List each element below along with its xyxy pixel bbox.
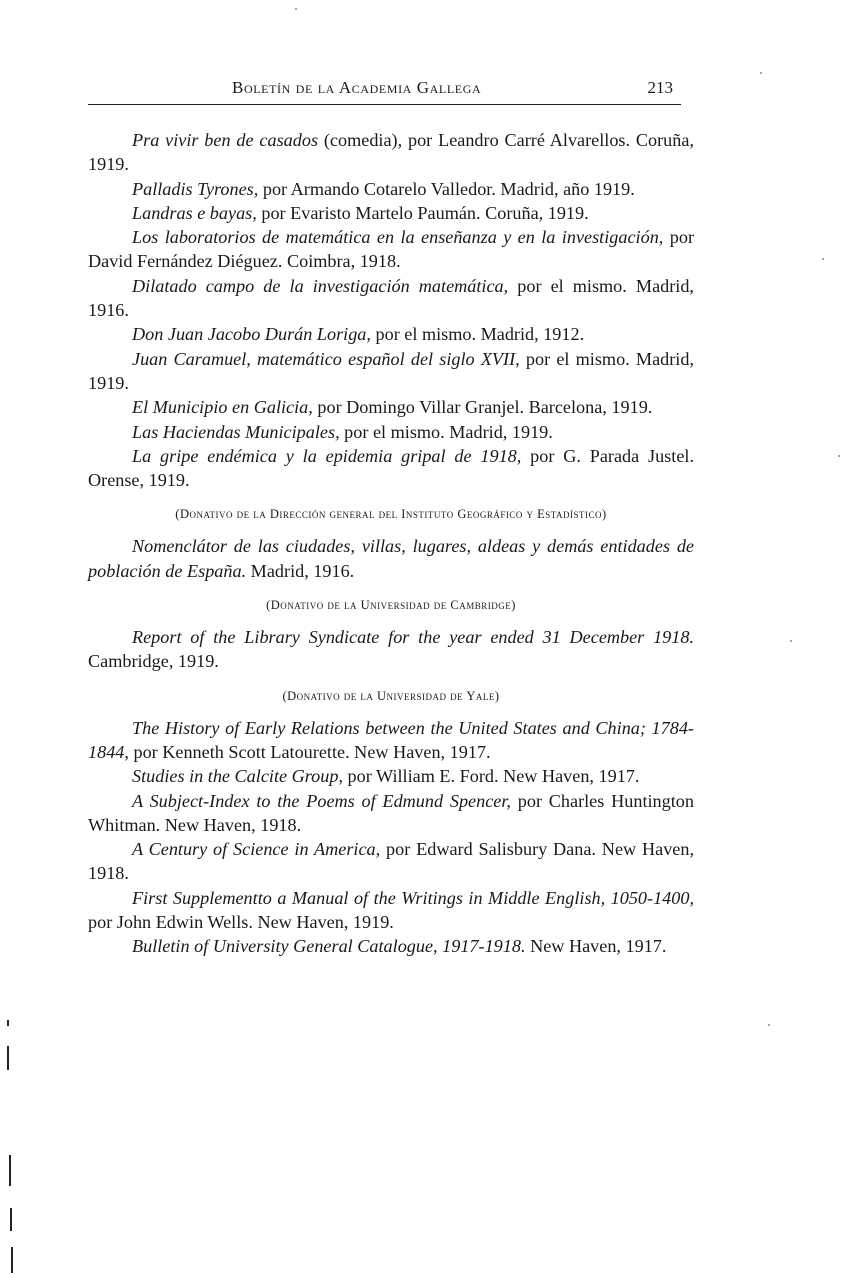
bibliography-entry: A Century of Science in America, por Edw… — [88, 837, 694, 886]
bibliography-entry: Palladis Tyrones, por Armando Cotarelo V… — [88, 177, 694, 201]
scanned-page: Boletín de la Academia Gallega 213 Pra v… — [0, 0, 850, 1275]
entry-title: Report of the Library Syndicate for the … — [132, 627, 694, 647]
entry-title: Pra vivir ben de casados — [132, 130, 318, 150]
entry-details: por John Edwin Wells. New Haven, 1919. — [88, 912, 394, 932]
donation-heading-yale: (Donativo de la Universidad de Yale) — [88, 688, 694, 704]
entry-title: Don Juan Jacobo Durán Loriga, — [132, 324, 371, 344]
body-text: Pra vivir ben de casados (comedia), por … — [88, 128, 694, 959]
entry-details: por Domingo Villar Granjel. Barce­lona, … — [313, 397, 653, 417]
bibliography-entry: Studies in the Calcite Group, por Willia… — [88, 764, 694, 788]
bibliography-entry: Bulletin of University General Catalogue… — [88, 934, 694, 958]
bibliography-entry: Nomenclátor de las ciudades, villas, lug… — [88, 534, 694, 583]
entry-title: Las Haciendas Municipales, — [132, 422, 340, 442]
entry-title: Bulletin of University General Catalogue… — [132, 936, 526, 956]
scan-speck — [822, 258, 824, 260]
entry-details: por Evaristo Martelo Paumán. Coruña, 191… — [257, 203, 589, 223]
scan-margin-mark — [9, 1155, 11, 1186]
bibliography-entry: Landras e bayas, por Evaristo Martelo Pa… — [88, 201, 694, 225]
entry-details: por Kenneth Scott Latourette. New Haven,… — [129, 742, 491, 762]
bibliography-entry: A Subject-Index to the Poems of Edmund S… — [88, 789, 694, 838]
entry-title: Dilatado campo de la investigación matem… — [132, 276, 508, 296]
donation-heading-cambridge: (Donativo de la Universidad de Cambridge… — [88, 597, 694, 613]
bibliography-entry: Juan Caramuel, matemático español del si… — [88, 347, 694, 396]
entry-details: por William E. Ford. New Haven, 1917. — [343, 766, 639, 786]
bibliography-entry: First Supplementto a Manual of the Writi… — [88, 886, 694, 935]
bibliography-entry: The History of Early Relations between t… — [88, 716, 694, 765]
scan-speck — [295, 8, 297, 10]
entry-title: La gripe endémica y la epidemia gripal d… — [132, 446, 521, 466]
entry-title: First Supplementto a Manual of the Writi… — [132, 888, 694, 908]
scan-speck — [768, 1024, 770, 1026]
bibliography-entry: Pra vivir ben de casados (comedia), por … — [88, 128, 694, 177]
entry-title: Landras e bayas, — [132, 203, 257, 223]
scan-speck — [790, 640, 792, 642]
bibliography-entry: Los laboratorios de matemática en la ens… — [88, 225, 694, 274]
bibliography-entry: Report of the Library Syndicate for the … — [88, 625, 694, 674]
running-head: Boletín de la Academia Gallega 213 — [88, 74, 681, 102]
scan-margin-mark — [10, 1208, 12, 1231]
entry-title: El Municipio en Galicia, — [132, 397, 313, 417]
scan-speck — [838, 455, 840, 457]
entry-title: Nomenclátor de las ciudades, villas, lug… — [88, 536, 694, 580]
donation-heading-instituto-geografico: (Donativo de la Dirección general del In… — [88, 506, 694, 522]
running-title: Boletín de la Academia Gallega — [232, 78, 481, 98]
scan-margin-mark — [11, 1247, 13, 1273]
entry-title: A Century of Science in America, — [132, 839, 380, 859]
scan-speck — [760, 72, 762, 74]
entry-title: Studies in the Calcite Group, — [132, 766, 343, 786]
header-rule — [88, 104, 681, 105]
bibliography-entry: Dilatado campo de la investigación matem… — [88, 274, 694, 323]
bibliography-entry: El Municipio en Galicia, por Domingo Vil… — [88, 395, 694, 419]
entry-details: New Haven, 1917. — [526, 936, 667, 956]
entry-details: Madrid, 1916. — [246, 561, 354, 581]
entry-title: Juan Caramuel, matemático español del si… — [132, 349, 520, 369]
bibliography-entry: La gripe endémica y la epidemia gripal d… — [88, 444, 694, 493]
entry-title: Los laboratorios de matemática en la ens… — [132, 227, 663, 247]
page-number: 213 — [648, 78, 674, 98]
entry-details: por Armando Cotarelo Valledor. Madrid, a… — [258, 179, 634, 199]
scan-margin-mark — [7, 1046, 9, 1070]
bibliography-entry: Don Juan Jacobo Durán Loriga, por el mis… — [88, 322, 694, 346]
entry-title: Palladis Tyrones, — [132, 179, 258, 199]
entry-title: A Subject-Index to the Poems of Edmund S… — [132, 791, 511, 811]
entry-details: por el mismo. Madrid, 1912. — [371, 324, 584, 344]
bibliography-entry: Las Haciendas Municipales, por el mismo.… — [88, 420, 694, 444]
entry-details: por el mismo. Madrid, 1919. — [340, 422, 553, 442]
entry-details: Cambridge, 1919. — [88, 651, 219, 671]
scan-margin-mark — [7, 1020, 9, 1026]
